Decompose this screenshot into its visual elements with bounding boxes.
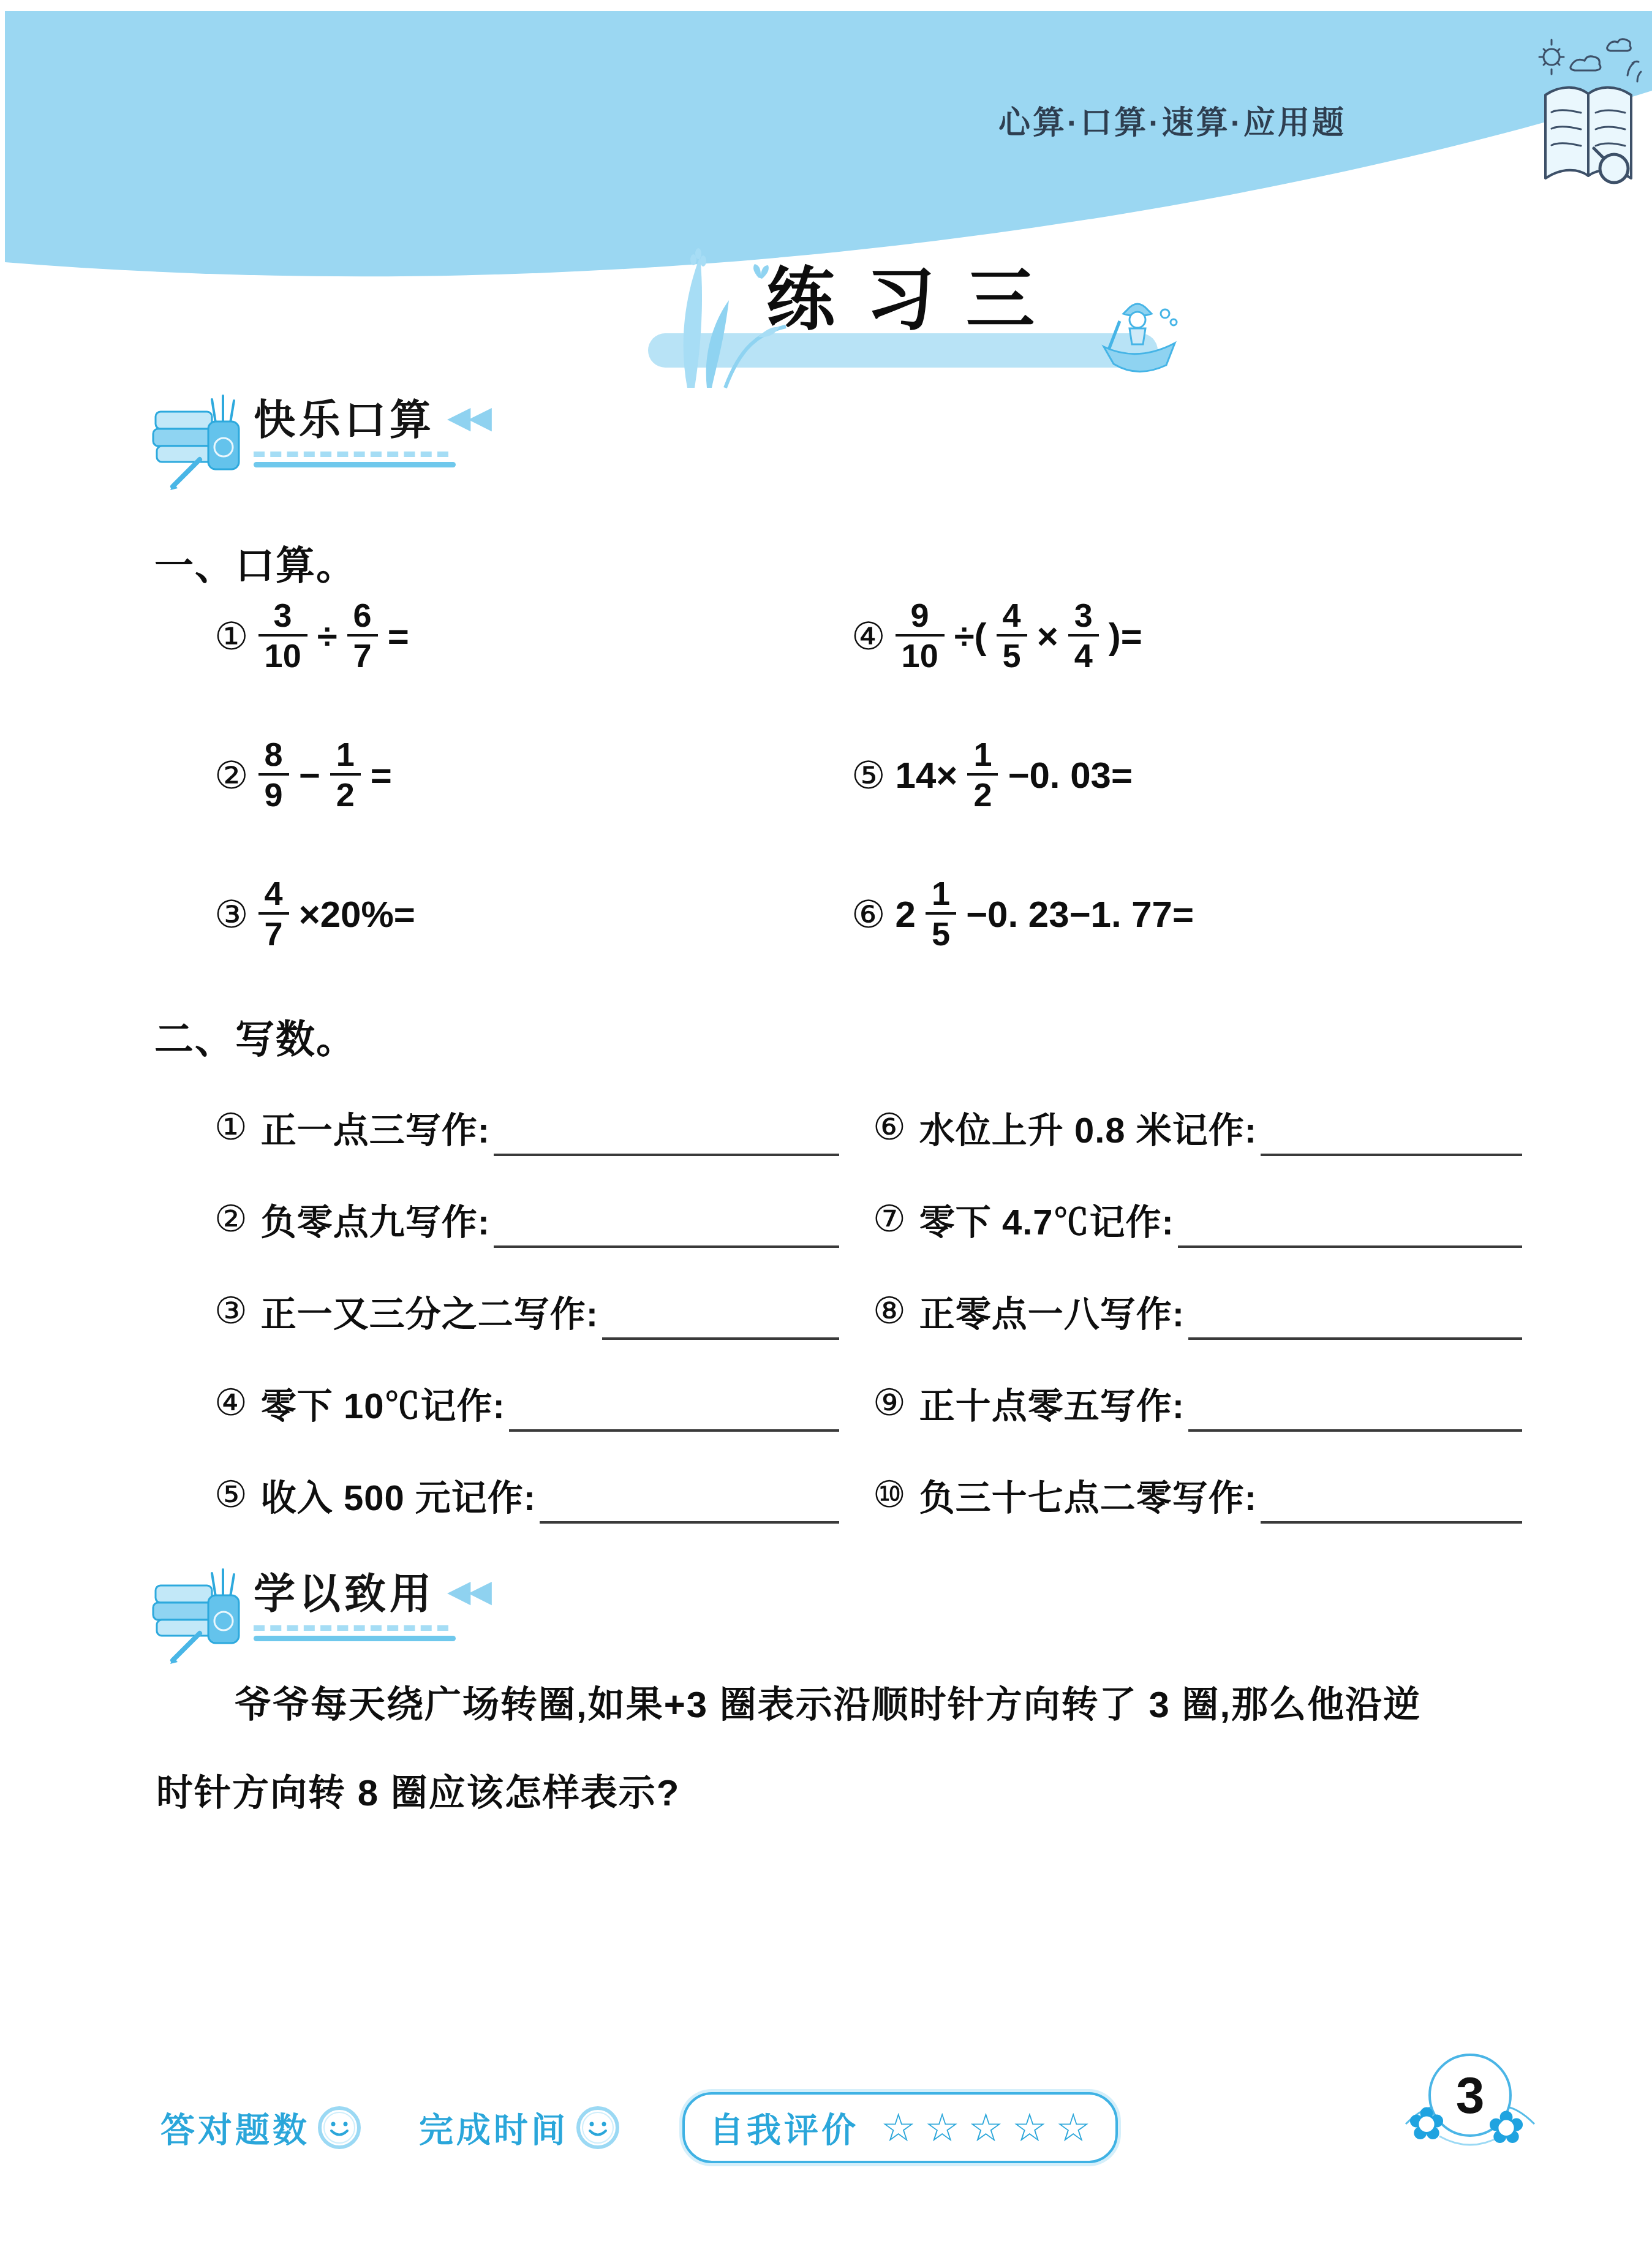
write-problem-row: ②负零点九写作: [214,1173,839,1265]
math-text: )= [1109,615,1142,657]
title-banner: 练 习 三 [613,240,1194,393]
fraction-numerator: 8 [258,736,289,773]
left-triangles-icon: ◀◀ [447,399,489,435]
fraction: 15 [926,875,956,953]
answer-blank[interactable] [1261,1521,1522,1524]
math-text: −0. 03= [1008,754,1133,796]
math-text: − [299,754,320,796]
math-text: = [371,754,392,796]
write-problem-row: ⑥水位上升 0.8 米记作: [873,1081,1522,1173]
problem-label: 水位上升 0.8 米记作: [919,1102,1257,1153]
word-problem-line2: 时针方向转 8 圈应该怎样表示? [156,1764,1510,1816]
problem-number: ④ [214,1381,247,1424]
oral-problem: ③47×20%= [214,875,851,953]
fraction: 34 [1068,597,1099,675]
problem-number: ④ [851,614,886,659]
footer: 答对题数 完成时间 自我评价 ☆☆☆☆☆ [160,2092,1118,2163]
answer-blank[interactable] [1178,1245,1522,1248]
star-rating: ☆☆☆☆☆ [872,2108,1091,2147]
write-problem-row: ⑦零下 4.7℃记作: [873,1173,1522,1265]
finish-time-label: 完成时间 [419,2103,568,2152]
part2-heading: 二、写数。 [154,1008,356,1064]
problem-number: ⑤ [214,1473,247,1516]
oral-problems-grid: ①310÷67=④910÷(45×34)=②89−12=⑤14×12−0. 03… [214,597,1446,953]
problem-number: ③ [214,1290,247,1332]
write-col-left: ①正一点三写作:②负零点九写作:③正一又三分之二写作:④零下 10℃记作:⑤收入… [214,1081,839,1541]
fraction-numerator: 1 [926,875,956,912]
flower-icon: ✿ [1487,2105,1525,2150]
fraction-denominator: 10 [258,634,307,675]
answer-blank[interactable] [1188,1337,1522,1340]
problem-label: 零下 4.7℃记作: [919,1193,1174,1245]
answer-blank[interactable] [509,1429,839,1432]
fraction-denominator: 7 [258,912,289,953]
fraction-numerator: 6 [347,597,378,634]
oral-problem: ④910÷(45×34)= [851,597,1446,675]
problem-label: 正一点三写作: [261,1102,490,1153]
oral-problem: ①310÷67= [214,597,851,675]
books-pencil-icon [152,1561,244,1668]
fraction-numerator: 4 [258,875,289,912]
problem-number: ① [214,614,249,659]
write-problem-row: ⑤收入 500 元记作: [214,1449,839,1541]
smiley-icon [575,2104,621,2151]
problem-number: ⑤ [851,753,886,798]
fraction: 47 [258,875,289,953]
answer-blank[interactable] [602,1337,839,1340]
fraction: 310 [258,597,307,675]
math-text: ÷( [954,615,987,657]
fraction-numerator: 3 [268,597,298,634]
write-problems-grid: ①正一点三写作:②负零点九写作:③正一又三分之二写作:④零下 10℃记作:⑤收入… [214,1081,1522,1541]
flower-icon: ✿ [1408,2101,1446,2147]
section-happy-title: 快乐口算 [254,387,435,447]
write-problem-row: ⑨正十点零五写作: [873,1357,1522,1449]
star-icon[interactable]: ☆ [924,2108,959,2147]
problem-number: ⑥ [851,892,886,937]
problem-label: 零下 10℃记作: [261,1377,505,1429]
oral-problem: ⑥215−0. 23−1. 77= [851,875,1446,953]
star-icon[interactable]: ☆ [968,2108,1003,2147]
fraction-denominator: 2 [330,773,361,814]
problem-label: 正十点零五写作: [919,1377,1185,1429]
page-number-decoration: 3 ✿ ✿ [1403,2054,1537,2176]
oral-problem: ⑤14×12−0. 03= [851,736,1446,814]
problem-number: ① [214,1106,247,1149]
problem-label: 负三十七点二零写作: [919,1469,1257,1521]
math-text: ÷ [317,615,338,657]
section-underline [254,1625,448,1641]
fraction: 910 [896,597,945,675]
problem-number: ② [214,753,249,798]
boy-in-boat-icon [1079,282,1183,386]
star-icon[interactable]: ☆ [1056,2108,1091,2147]
answer-blank[interactable] [494,1154,839,1156]
fraction: 89 [258,736,289,814]
fraction-denominator: 9 [258,773,289,814]
section-underline [254,452,448,467]
math-text: 2 [896,893,916,935]
write-problem-row: ③正一又三分之二写作: [214,1265,839,1357]
oral-problem: ②89−12= [214,736,851,814]
math-text: ×20%= [299,893,415,935]
fraction: 12 [330,736,361,814]
fraction-numerator: 3 [1068,597,1099,634]
section-happy-header: 快乐口算 ◀◀ [152,387,489,494]
fraction: 12 [967,736,998,814]
math-text: = [388,615,409,657]
problem-number: ② [214,1198,247,1241]
fraction-numerator: 4 [997,597,1027,634]
fraction-denominator: 5 [997,634,1027,675]
smiley-icon [316,2104,363,2151]
fraction-numerator: 9 [905,597,935,634]
math-text: × [1037,615,1058,657]
books-pencil-icon [152,387,244,494]
answer-blank[interactable] [1188,1429,1522,1432]
problem-label: 负零点九写作: [261,1193,490,1245]
open-book-icon [1534,21,1648,196]
problem-label: 收入 500 元记作: [261,1469,536,1521]
self-evaluation-label: 自我评价 [709,2103,859,2152]
problem-label: 正零点一八写作: [919,1285,1185,1337]
fraction: 67 [347,597,378,675]
self-evaluation-box: 自我评价 ☆☆☆☆☆ [682,2092,1118,2163]
problem-label: 正一又三分之二写作: [261,1285,598,1337]
answer-blank[interactable] [494,1245,839,1248]
fraction-numerator: 1 [967,736,998,773]
correct-count-label: 答对题数 [160,2103,310,2152]
fraction: 45 [997,597,1027,675]
fraction-denominator: 4 [1068,634,1099,675]
problem-number: ⑨ [873,1381,906,1424]
answer-blank[interactable] [540,1521,839,1524]
fraction-denominator: 5 [926,912,956,953]
word-problem: 爷爷每天绕广场转圈,如果+3 圈表示沿顺时针方向转了 3 圈,那么他沿逆 时针方… [156,1676,1510,1816]
write-problem-row: ⑩负三十七点二零写作: [873,1449,1522,1541]
write-col-right: ⑥水位上升 0.8 米记作:⑦零下 4.7℃记作:⑧正零点一八写作:⑨正十点零五… [873,1081,1522,1541]
fraction-denominator: 7 [347,634,378,675]
workbook-page: 心算·口算·速算·应用题 [0,0,1652,2260]
header-tagline: 心算·口算·速算·应用题 [998,97,1346,143]
section-apply-title: 学以致用 [254,1561,435,1620]
star-icon[interactable]: ☆ [1012,2108,1047,2147]
write-problem-row: ④零下 10℃记作: [214,1357,839,1449]
math-text: 14× [896,754,958,796]
problem-number: ⑧ [873,1290,906,1332]
answer-blank[interactable] [1261,1154,1522,1156]
word-problem-line1: 爷爷每天绕广场转圈,如果+3 圈表示沿顺时针方向转了 3 圈,那么他沿逆 [156,1676,1510,1728]
problem-number: ⑩ [873,1473,906,1516]
left-triangles-icon: ◀◀ [447,1573,489,1609]
part1-heading: 一、口算。 [154,534,356,591]
fraction-numerator: 1 [330,736,361,773]
star-icon[interactable]: ☆ [881,2108,916,2147]
write-problem-row: ⑧正零点一八写作: [873,1265,1522,1357]
section-apply-header: 学以致用 ◀◀ [152,1561,489,1668]
problem-number: ⑥ [873,1106,906,1149]
math-text: −0. 23−1. 77= [966,893,1194,935]
fraction-denominator: 10 [896,634,945,675]
write-problem-row: ①正一点三写作: [214,1081,839,1173]
problem-number: ③ [214,892,249,937]
problem-number: ⑦ [873,1198,906,1241]
fraction-denominator: 2 [967,773,998,814]
